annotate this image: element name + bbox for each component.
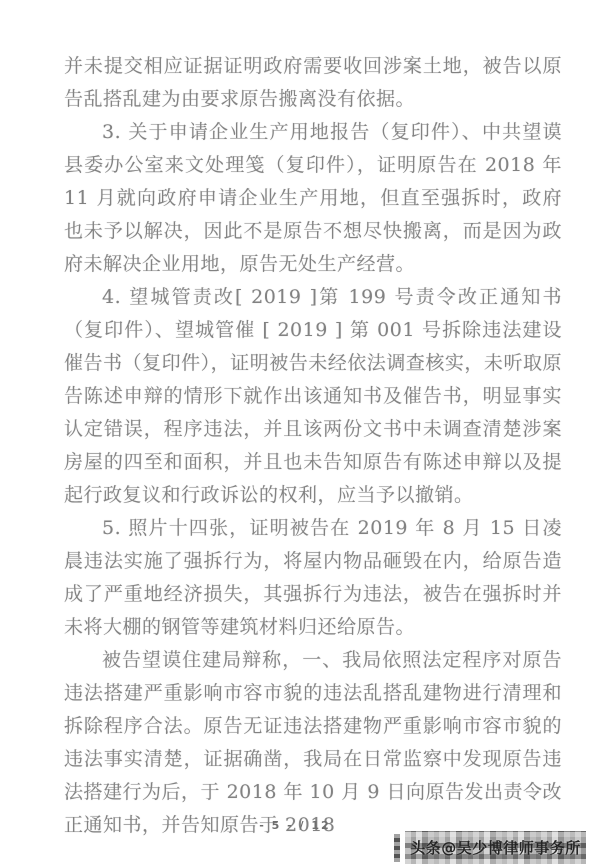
watermark: 头条@吴少博律师事务所 [394,831,586,864]
paragraph-evidence-3: 3. 关于申请企业生产用地报告（复印件）、中共望谟县委办公室来文处理笺（复印件）… [64,116,562,281]
watermark-edge-bar [394,834,400,862]
paragraph-continuation: 并未提交相应证据证明政府需要收回涉案土地，被告以原告乱搭乱建为由要求原告搬离没有… [64,50,562,116]
document-page: 并未提交相应证据证明政府需要收回涉案土地，被告以原告乱搭乱建为由要求原告搬离没有… [0,0,590,866]
watermark-text: 头条@吴少博律师事务所 [410,837,581,858]
paragraph-evidence-5: 5. 照片十四张，证明被告在 2019 年 8 月 15 日凌晨违法实施了强拆行… [64,512,562,644]
watermark-qr-mosaic: 头条@吴少博律师事务所 [405,831,586,864]
paragraph-evidence-4: 4. 望城管责改[ 2019 ]第 199 号责令改正通知书（复印件）、望城管催… [64,281,562,512]
paragraph-defendant-reply: 被告望谟住建局辩称，一、我局依照法定程序对原告违法搭建严重影响市容市貌的违法乱搭… [64,644,562,842]
document-text-block: 并未提交相应证据证明政府需要收回涉案土地，被告以原告乱搭乱建为由要求原告搬离没有… [64,50,562,842]
page-number-text: - 5 - / 12 [259,819,330,832]
